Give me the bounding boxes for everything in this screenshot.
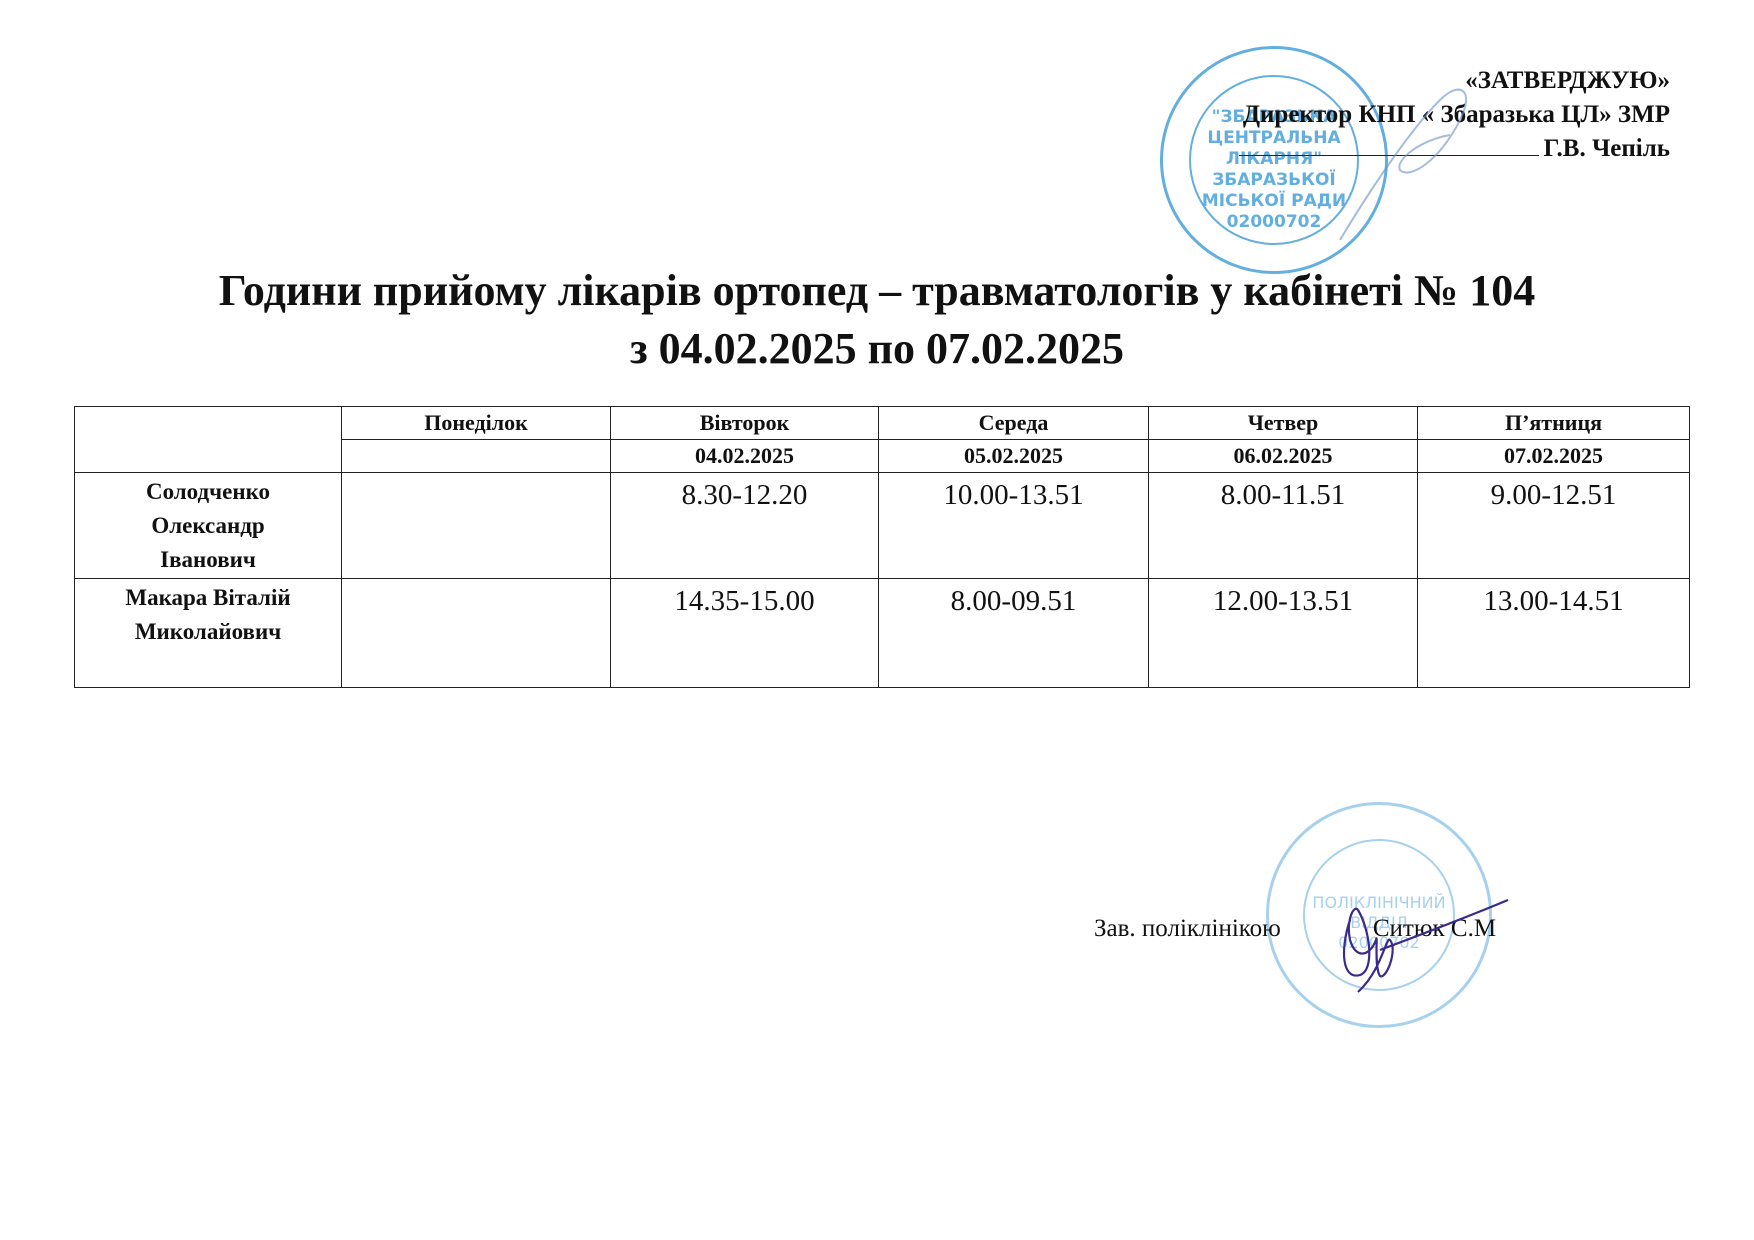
hours-cell: [342, 579, 611, 688]
day-header: Вівторок: [611, 407, 879, 440]
day-header: Середа: [879, 407, 1149, 440]
hours-cell: [342, 473, 611, 579]
date-header: [342, 440, 611, 473]
day-header: П’ятниця: [1418, 407, 1690, 440]
hours-cell: 8.00-11.51: [1149, 473, 1418, 579]
header-row-days: Понеділок Вівторок Середа Четвер П’ятниц…: [75, 407, 1690, 440]
doctor-name-line: Іванович: [75, 543, 341, 577]
date-header: 07.02.2025: [1418, 440, 1690, 473]
table-row: Макара Віталій Миколайович 14.35-15.00 8…: [75, 579, 1690, 688]
head-signature: [1320, 880, 1510, 1000]
footer-position: Зав. поліклінікою: [1094, 915, 1281, 942]
table-row: Солодченко Олександр Іванович 8.30-12.20…: [75, 473, 1690, 579]
approval-signer: Г.В. Чепіль: [1543, 135, 1670, 162]
title-date-range: з 04.02.2025 по 07.02.2025: [0, 320, 1754, 378]
hours-cell: 8.30-12.20: [611, 473, 879, 579]
hours-cell: 13.00-14.51: [1418, 579, 1690, 688]
director-signature: [1300, 60, 1500, 260]
hours-cell: 12.00-13.51: [1149, 579, 1418, 688]
doctor-name-line: Олександр: [75, 509, 341, 543]
document-title: Години прийому лікарів ортопед – травмат…: [0, 262, 1754, 378]
hours-cell: 8.00-09.51: [879, 579, 1149, 688]
title-line-1: Години прийому лікарів ортопед – травмат…: [0, 262, 1754, 320]
hours-cell: 9.00-12.51: [1418, 473, 1690, 579]
hours-cell: 14.35-15.00: [611, 579, 879, 688]
doctor-name-line: Миколайович: [75, 615, 341, 649]
hours-cell: 10.00-13.51: [879, 473, 1149, 579]
date-header: 06.02.2025: [1149, 440, 1418, 473]
day-header: Понеділок: [342, 407, 611, 440]
schedule-table: Понеділок Вівторок Середа Четвер П’ятниц…: [74, 406, 1690, 688]
doctor-name: Солодченко Олександр Іванович: [75, 473, 342, 579]
doctor-name-line: Солодченко: [75, 475, 341, 509]
doctor-name: Макара Віталій Миколайович: [75, 579, 342, 688]
day-header: Четвер: [1149, 407, 1418, 440]
doctor-name-line: Макара Віталій: [75, 581, 341, 615]
corner-cell: [75, 407, 342, 473]
date-header: 04.02.2025: [611, 440, 879, 473]
date-header: 05.02.2025: [879, 440, 1149, 473]
